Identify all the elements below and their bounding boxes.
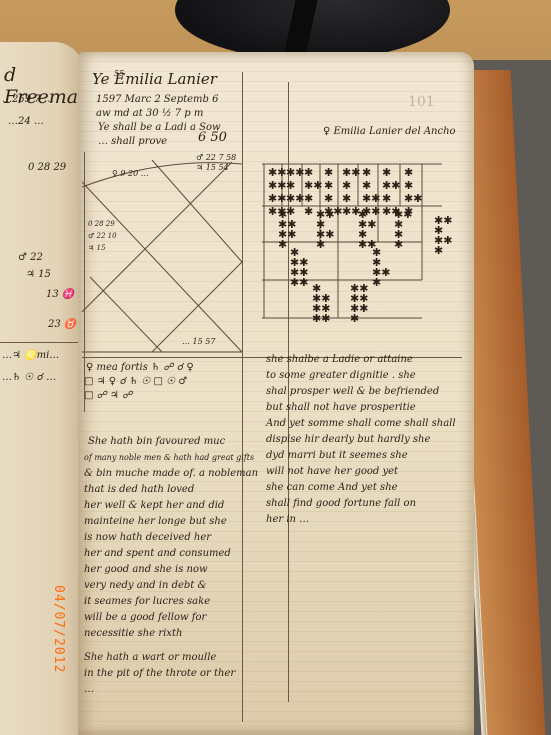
text-line: & bin muche made of. a nobleman [84,466,258,482]
left-page: d Freeman …259 7 … …24 … 0 28 29 ♂ 22 ♃ … [0,42,84,735]
text-line: very nedy and in debt & [84,578,206,594]
chart-label: ♀ 9 20 … [112,166,149,182]
chart-label: ♃ 15 54 [196,160,229,176]
text-line: shal prosper well & be befriended [266,384,439,400]
text-line: is now hath deceived her [84,530,211,546]
horoscope-chart [82,152,246,357]
left-page-line: ♃ 15 [26,267,51,283]
left-page-line: …♃ ♌mi… [2,348,59,364]
left-page-rule [0,342,84,343]
text-line: it seames for lucres sake [84,594,210,610]
text-line: her good and she is now [84,562,208,578]
text-line: necessitie she rixth [84,626,182,642]
text-line: will not have her good yet [266,464,398,480]
text-line: that is ded hath loved [84,482,194,498]
date-stamp: 04/07/2012 [51,585,66,673]
geomancy-title: ♀ Emilia Lanier del Ancho [323,126,456,137]
case-name: Ye Emilia Lanier [92,70,217,88]
text-line: … [84,682,94,698]
chart-label: ♃ 15 [88,240,105,256]
text-line: she shalbe a Ladie or attaine [266,352,413,368]
chart-label: … 15 57 [182,334,215,350]
text-line: of many noble men & hath had great gifts [84,450,254,466]
header-line: … shall prove [98,134,167,150]
text-line: she can come And yet she [266,480,398,496]
faint-folio-number: 101 [408,94,435,110]
text-line: to some greater dignitie . she [266,368,416,384]
left-page-line: 0 28 29 [28,160,66,176]
text-line: dispise hir dearly but hardly she [266,432,430,448]
manuscript-page: 55 Ye Emilia Lanier 1597 Marc 2 Septemb … [78,52,474,735]
text-line: her in … [266,512,309,528]
text-line: mainteine her longe but she [84,514,227,530]
left-page-line: 23 ♉ [48,317,76,333]
left-page-line: ♂ 22 [18,250,43,266]
text-line: And yet somme shall come shall shall [266,416,456,432]
left-page-line: …259 7 … [2,92,54,108]
text-line: her well & kept her and did [84,498,224,514]
left-page-line: …♄ ☉ ☌ … [2,370,56,386]
chart-footer-line: □ ☍ ♃ ☍ [84,388,132,404]
left-page-line: 13 ♓ [46,287,74,303]
text-line: but shall not have prosperitie [266,400,416,416]
text-line: She hath bin favoured muc [88,434,225,450]
left-page-line: …24 … [8,114,44,130]
text-line: her and spent and consumed [84,546,231,562]
text-line: will be a good fellow for [84,610,206,626]
text-line: She hath a wart or moulle [84,650,216,666]
text-line: dyd marri but it seemes she [266,448,408,464]
header-figure: 6 50 [198,130,227,145]
text-line: shall find good fortune fall on [266,496,416,512]
text-line: in the pit of the throte or ther [84,666,235,682]
